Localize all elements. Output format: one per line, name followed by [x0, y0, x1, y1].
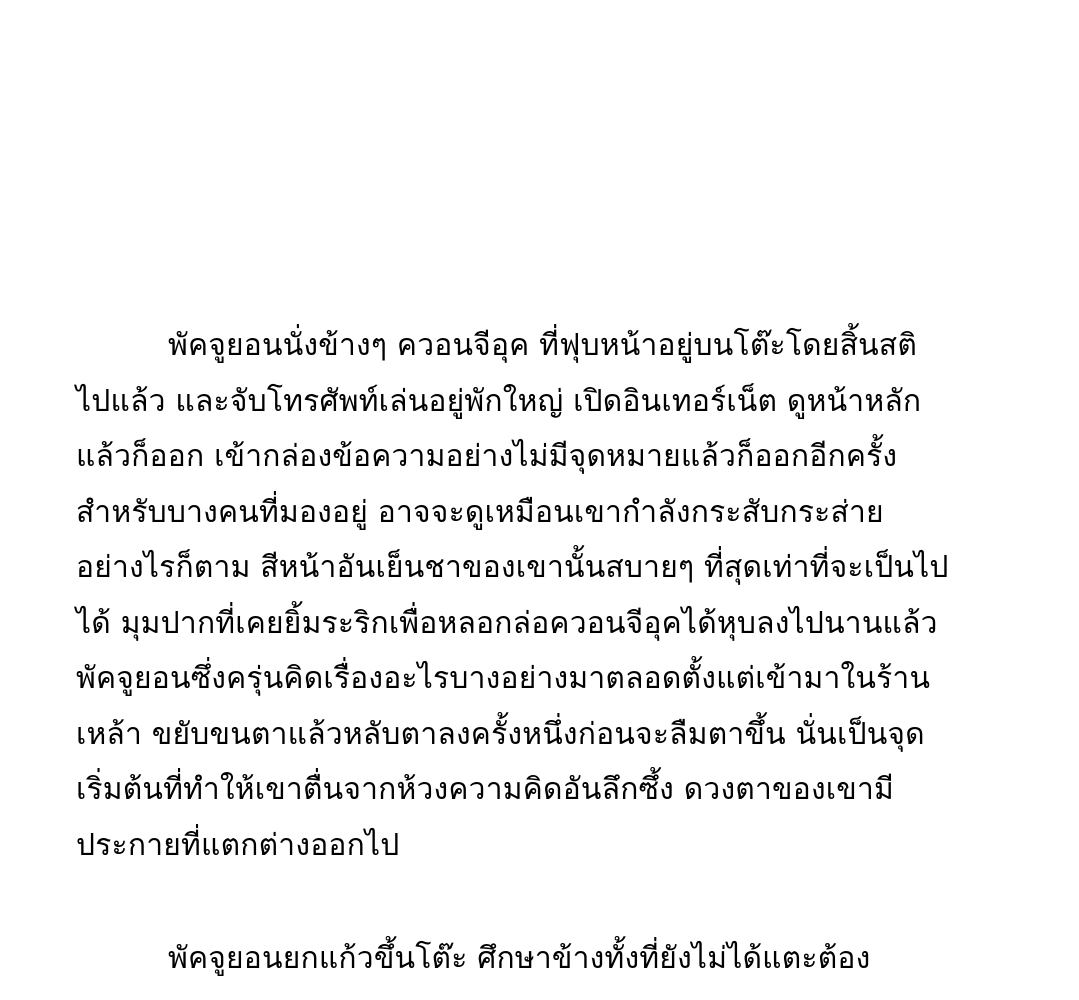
text-line: แล้วก็ออก เข้ากล่องข้อความอย่างไม่มีจุดห…	[76, 429, 1016, 485]
paragraph-2: พัคจูยอนยกแก้วขึ้นโต๊ะ ศึกษาข้างทั้งที่ย…	[76, 931, 1016, 987]
text-line: เหล้า ขยับขนตาแล้วหลับตาลงครั้งหนึ่งก่อน…	[76, 707, 1016, 763]
text-line: พัคจูยอนนั่งข้างๆ ควอนจีอุค ที่ฟุบหน้าอย…	[76, 318, 1016, 374]
text-line: สำหรับบางคนที่มองอยู่ อาจจะดูเหมือนเขากำ…	[76, 485, 1016, 541]
text-line: อย่างไรก็ตาม สีหน้าอันเย็นชาของเขานั้นสบ…	[76, 540, 1016, 596]
paragraph-1: พัคจูยอนนั่งข้างๆ ควอนจีอุค ที่ฟุบหน้าอย…	[76, 318, 1016, 873]
text-line: ได้ มุมปากที่เคยยิ้มระริกเพื่อหลอกล่อควอ…	[76, 596, 1016, 652]
text-line: เริ่มต้นที่ทำให้เขาตื่นจากห้วงความคิดอัน…	[76, 762, 1016, 818]
document-page: พัคจูยอนนั่งข้างๆ ควอนจีอุค ที่ฟุบหน้าอย…	[76, 318, 1016, 987]
text-line: พัคจูยอนซึ่งครุ่นคิดเรื่องอะไรบางอย่างมา…	[76, 651, 1016, 707]
text-line: พัคจูยอนยกแก้วขึ้นโต๊ะ ศึกษาข้างทั้งที่ย…	[76, 931, 1016, 987]
text-line: ไปแล้ว และจับโทรศัพท์เล่นอยู่พักใหญ่ เปิ…	[76, 374, 1016, 430]
paragraph-spacer	[76, 873, 1016, 931]
text-line: ประกายที่แตกต่างออกไป	[76, 818, 1016, 874]
